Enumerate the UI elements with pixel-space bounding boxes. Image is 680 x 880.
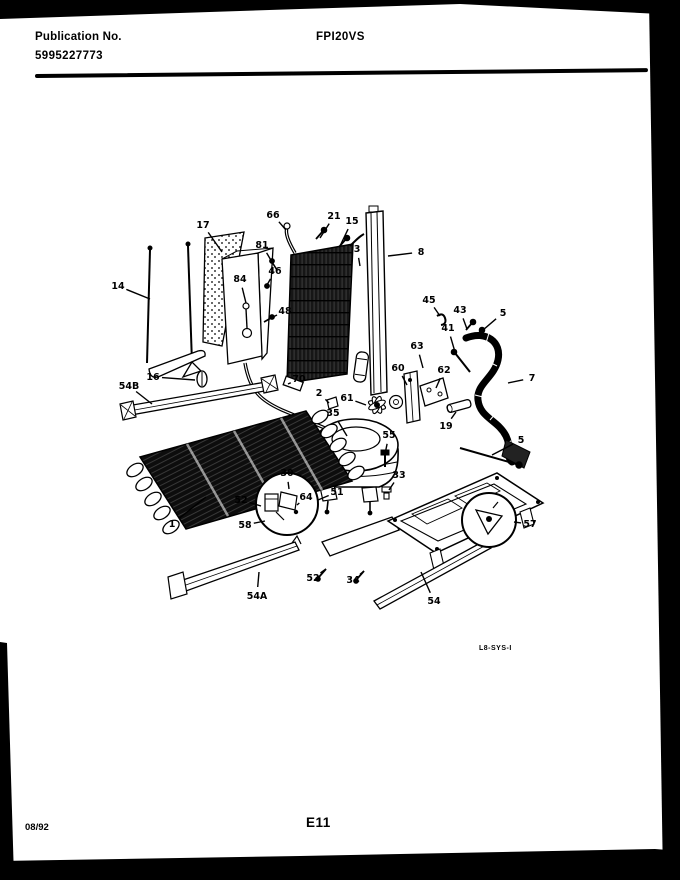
callout-leader-54B [136, 392, 152, 405]
scan-bar-bottom [0, 849, 680, 880]
callout-19: 19 [439, 421, 452, 432]
callout-30: 30 [280, 468, 294, 479]
callout-62: 62 [437, 365, 450, 376]
side-panel [366, 206, 387, 395]
callout-2: 2 [316, 388, 323, 399]
callout-leader-54A [258, 572, 259, 587]
callout-leader-19 [451, 412, 456, 419]
hanger-rods [147, 242, 205, 377]
callout-46: 46 [268, 266, 282, 277]
callout-66: 66 [266, 210, 280, 221]
callout-48: 48 [278, 306, 292, 317]
callout-54A: 54A [247, 591, 268, 602]
callout-leader-45 [434, 307, 440, 316]
callout-60: 60 [391, 363, 405, 374]
callout-leader-16 [162, 378, 195, 380]
scan-bar-left [0, 642, 14, 878]
callout-45: 45 [422, 295, 435, 306]
callout-57: 57 [523, 519, 536, 530]
callout-5: 5 [500, 308, 507, 319]
callout-58: 58 [238, 520, 252, 531]
grommet [197, 371, 207, 387]
condenser-coil [124, 407, 366, 536]
callout-61: 61 [340, 393, 353, 404]
callout-52: 52 [234, 495, 247, 506]
callout-14: 14 [111, 281, 125, 292]
callout-63: 63 [410, 341, 423, 352]
callout-7: 7 [529, 373, 536, 384]
callout-17: 17 [196, 220, 209, 231]
drier-filter [353, 351, 369, 382]
callout-1: 1 [169, 519, 176, 530]
callout-35: 35 [326, 408, 339, 419]
callout-5: 5 [518, 435, 525, 446]
callout-leader-61 [355, 401, 366, 405]
evaporator-cover [222, 248, 273, 364]
detail-circle-relay [256, 473, 318, 535]
callout-84: 84 [233, 274, 247, 285]
rail-54a [168, 536, 301, 599]
callout-leader-7 [508, 380, 523, 383]
callout-leader-8 [388, 253, 412, 256]
wire-harness [466, 333, 530, 468]
callout-41: 41 [441, 323, 454, 334]
callout-15: 15 [345, 216, 358, 227]
callout-43: 43 [453, 305, 466, 316]
brackets [404, 371, 472, 423]
callout-3: 3 [354, 244, 361, 255]
evaporator-coil [284, 223, 364, 383]
manual-page: Publication No. 5995227773 FPI20VS 08/92… [0, 0, 680, 880]
callout-leader-14 [126, 289, 150, 299]
callout-34: 34 [346, 575, 360, 586]
callout-55: 55 [382, 430, 395, 441]
callout-54B: 54B [119, 381, 139, 392]
callout-64: 64 [299, 492, 313, 503]
callout-52: 52 [306, 573, 319, 584]
callout-81: 81 [255, 240, 268, 251]
detail-circle-grommet [462, 493, 516, 547]
callout-leader-63 [419, 355, 423, 368]
callout-leader-30 [288, 482, 289, 489]
callout-33: 33 [392, 470, 405, 481]
callout-16: 16 [146, 372, 160, 383]
callout-21: 21 [327, 211, 340, 222]
scan-bar-top [0, 0, 680, 19]
scan-bar-right [649, 0, 680, 880]
callout-8: 8 [418, 247, 425, 258]
callout-leader-57 [514, 522, 521, 523]
callout-51: 51 [330, 487, 343, 498]
parts-diagram: 1417662115884814648345435417195636062612… [0, 0, 680, 880]
callout-54: 54 [427, 596, 441, 607]
callout-leader-3 [359, 258, 360, 266]
callout-leader-43 [463, 318, 467, 329]
callout-70: 70 [292, 374, 306, 385]
condenser-fan [367, 395, 402, 414]
